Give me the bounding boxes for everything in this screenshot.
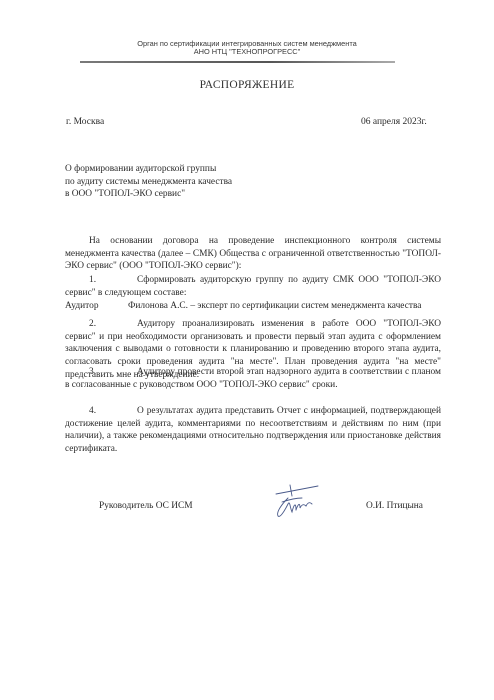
item-1-paragraph: 1.Сформировать аудиторскую группу по ауд… [65,274,441,299]
item-number: 1. [89,274,137,287]
document-title: РАСПОРЯЖЕНИЕ [0,79,494,91]
header-divider [80,61,395,63]
item-number: 4. [89,405,137,418]
subject-line: в ООО "ТОПОЛ-ЭКО сервис" [65,188,232,201]
item-3-paragraph: 3.Аудитору провести второй этап надзорно… [65,366,441,391]
signatory-name: О.И. Птицына [366,501,423,511]
item-number: 3. [89,366,137,379]
document-city: г. Москва [66,117,104,127]
subject-line: О формировании аудиторской группы [65,163,232,176]
handwritten-signature-icon [268,482,328,522]
item-number: 2. [89,318,137,331]
preamble-paragraph: На основании договора на проведение инсп… [65,235,441,273]
subject-line: по аудиту системы менеджмента качества [65,176,232,189]
org-header-line2: АНО НТЦ "ТЕХНОПРОГРЕСС" [0,47,494,56]
document-subject: О формировании аудиторской группы по ауд… [65,163,232,201]
auditor-role: Аудитор [65,301,99,311]
signatory-role: Руководитель ОС ИСМ [99,501,193,511]
document-date: 06 апреля 2023г. [361,117,427,127]
document-page: Орган по сертификации интегрированных си… [0,0,494,700]
item-4-paragraph: 4.О результатах аудита представить Отчет… [65,405,441,456]
auditor-name: Филонова А.С. – эксперт по сертификации … [128,301,421,311]
preamble-text: На основании договора на проведение инсп… [65,236,441,271]
